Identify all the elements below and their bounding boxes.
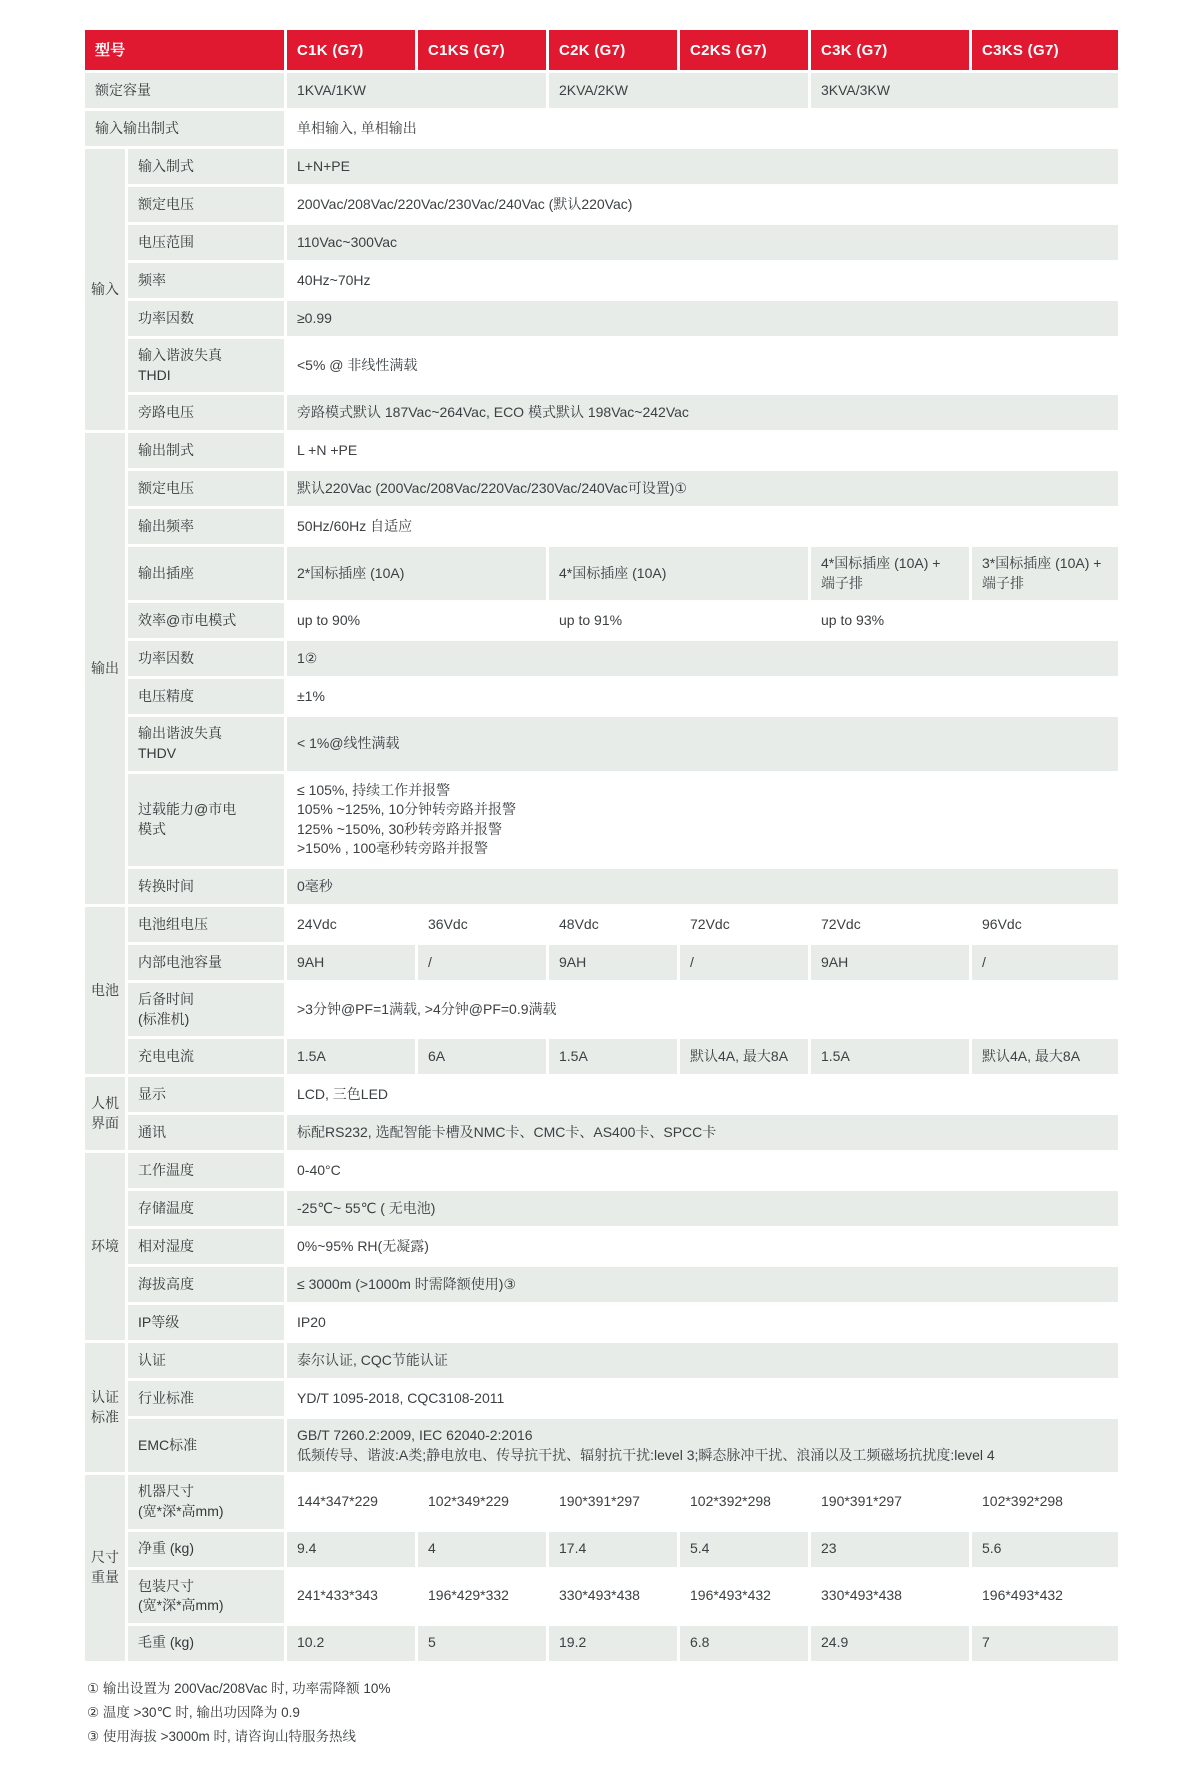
spec-value: 9AH	[811, 945, 969, 980]
spec-value: 2*国标插座 (10A)	[287, 547, 546, 600]
spec-value: ≥0.99	[287, 301, 1118, 336]
spec-value: up to 93%	[811, 603, 1118, 638]
spec-value: 5.4	[680, 1532, 808, 1567]
spec-value: 1.5A	[811, 1039, 969, 1074]
spec-value: 24Vdc	[287, 907, 415, 942]
spec-value: 2KVA/2KW	[549, 73, 808, 108]
group-label: 输出	[85, 433, 125, 904]
row-label: 存储温度	[128, 1191, 284, 1226]
spec-value: up to 90%	[287, 603, 546, 638]
spec-table: 型号C1K (G7)C1KS (G7)C2K (G7)C2KS (G7)C3K …	[85, 30, 1125, 1661]
spec-value: 9.4	[287, 1532, 415, 1567]
row-label: 转换时间	[128, 869, 284, 904]
spec-value: 4	[418, 1532, 546, 1567]
row-label: EMC标准	[128, 1419, 284, 1472]
spec-value: 6A	[418, 1039, 546, 1074]
spec-value: /	[972, 945, 1118, 980]
row-label: 额定电压	[128, 471, 284, 506]
spec-value: 48Vdc	[549, 907, 677, 942]
row-label: 内部电池容量	[128, 945, 284, 980]
spec-value: LCD, 三色LED	[287, 1077, 1118, 1112]
spec-value: 196*493*432	[972, 1570, 1118, 1623]
spec-value: 9AH	[549, 945, 677, 980]
model-header: C2KS (G7)	[680, 30, 808, 70]
spec-value: 1.5A	[287, 1039, 415, 1074]
row-label: 输出谐波失真 THDV	[128, 717, 284, 770]
spec-value: YD/T 1095-2018, CQC3108-2011	[287, 1381, 1118, 1416]
row-label: 输入制式	[128, 149, 284, 184]
spec-value: ≤ 3000m (>1000m 时需降额使用)③	[287, 1267, 1118, 1302]
spec-value: 1KVA/1KW	[287, 73, 546, 108]
spec-value: 102*392*298	[680, 1475, 808, 1528]
spec-value: 10.2	[287, 1626, 415, 1661]
spec-value: 标配RS232, 选配智能卡槽及NMC卡、CMC卡、AS400卡、SPCC卡	[287, 1115, 1118, 1150]
row-label: 海拔高度	[128, 1267, 284, 1302]
spec-value: L+N+PE	[287, 149, 1118, 184]
row-label: 额定容量	[85, 73, 284, 108]
spec-value: 9AH	[287, 945, 415, 980]
spec-value: 96Vdc	[972, 907, 1118, 942]
spec-value: 19.2	[549, 1626, 677, 1661]
row-label: IP等级	[128, 1305, 284, 1340]
spec-value: < 1%@线性满载	[287, 717, 1118, 770]
spec-value: 4*国标插座 (10A) + 端子排	[811, 547, 969, 600]
spec-value: 默认220Vac (200Vac/208Vac/220Vac/230Vac/24…	[287, 471, 1118, 506]
row-label: 行业标准	[128, 1381, 284, 1416]
group-label: 输入	[85, 149, 125, 430]
spec-value: 190*391*297	[549, 1475, 677, 1528]
spec-value: >3分钟@PF=1满载, >4分钟@PF=0.9满载	[287, 983, 1118, 1036]
row-label: 电池组电压	[128, 907, 284, 942]
spec-value: 0毫秒	[287, 869, 1118, 904]
spec-value: 110Vac~300Vac	[287, 225, 1118, 260]
spec-value: 196*493*432	[680, 1570, 808, 1623]
spec-value: 50Hz/60Hz 自适应	[287, 509, 1118, 544]
row-label: 旁路电压	[128, 395, 284, 430]
row-label: 包装尺寸 (宽*深*高mm)	[128, 1570, 284, 1623]
spec-value: 144*347*229	[287, 1475, 415, 1528]
model-header: C1K (G7)	[287, 30, 415, 70]
group-label: 认证 标准	[85, 1343, 125, 1472]
model-header: C1KS (G7)	[418, 30, 546, 70]
spec-value: 默认4A, 最大8A	[680, 1039, 808, 1074]
spec-value: 330*493*438	[811, 1570, 969, 1623]
table-header-model-label: 型号	[85, 30, 284, 70]
spec-value: 3KVA/3KW	[811, 73, 1118, 108]
row-label: 输出制式	[128, 433, 284, 468]
row-label: 电压精度	[128, 679, 284, 714]
spec-sheet: 型号C1K (G7)C1KS (G7)C2K (G7)C2KS (G7)C3K …	[0, 0, 1200, 1776]
spec-value: 200Vac/208Vac/220Vac/230Vac/240Vac (默认22…	[287, 187, 1118, 222]
row-label: 功率因数	[128, 641, 284, 676]
group-label: 环境	[85, 1153, 125, 1340]
row-label: 过载能力@市电 模式	[128, 774, 284, 866]
footnote-2: ② 温度 >30℃ 时, 输出功因降为 0.9	[87, 1701, 1200, 1725]
model-header: C3KS (G7)	[972, 30, 1118, 70]
row-label: 输入谐波失真 THDI	[128, 339, 284, 392]
spec-value: ±1%	[287, 679, 1118, 714]
spec-value: 23	[811, 1532, 969, 1567]
spec-value: 102*392*298	[972, 1475, 1118, 1528]
model-header: C3K (G7)	[811, 30, 969, 70]
row-label: 通讯	[128, 1115, 284, 1150]
footnote-3: ③ 使用海拔 >3000m 时, 请咨询山特服务热线	[87, 1725, 1200, 1749]
spec-value: up to 91%	[549, 603, 808, 638]
row-label: 显示	[128, 1077, 284, 1112]
spec-value: 72Vdc	[811, 907, 969, 942]
spec-value: 1.5A	[549, 1039, 677, 1074]
spec-value: 17.4	[549, 1532, 677, 1567]
row-label: 充电电流	[128, 1039, 284, 1074]
spec-value: 6.8	[680, 1626, 808, 1661]
row-label: 频率	[128, 263, 284, 298]
spec-value: 1②	[287, 641, 1118, 676]
row-label: 电压范围	[128, 225, 284, 260]
spec-value: 102*349*229	[418, 1475, 546, 1528]
group-label: 人机 界面	[85, 1077, 125, 1150]
spec-value: 24.9	[811, 1626, 969, 1661]
row-label: 净重 (kg)	[128, 1532, 284, 1567]
spec-value: L +N +PE	[287, 433, 1118, 468]
model-header: C2K (G7)	[549, 30, 677, 70]
spec-value: 泰尔认证, CQC节能认证	[287, 1343, 1118, 1378]
spec-value: 40Hz~70Hz	[287, 263, 1118, 298]
spec-value: 241*433*343	[287, 1570, 415, 1623]
row-label: 毛重 (kg)	[128, 1626, 284, 1661]
spec-value: IP20	[287, 1305, 1118, 1340]
spec-value: 330*493*438	[549, 1570, 677, 1623]
spec-value: 旁路模式默认 187Vac~264Vac, ECO 模式默认 198Vac~24…	[287, 395, 1118, 430]
spec-value: 0-40°C	[287, 1153, 1118, 1188]
row-label: 效率@市电模式	[128, 603, 284, 638]
spec-value: 3*国标插座 (10A) + 端子排	[972, 547, 1118, 600]
row-label: 输入输出制式	[85, 111, 284, 146]
group-label: 尺寸 重量	[85, 1475, 125, 1660]
spec-value: 单相输入, 单相输出	[287, 111, 1118, 146]
row-label: 输出插座	[128, 547, 284, 600]
row-label: 机器尺寸 (宽*深*高mm)	[128, 1475, 284, 1528]
spec-value: 5	[418, 1626, 546, 1661]
spec-value: 72Vdc	[680, 907, 808, 942]
row-label: 额定电压	[128, 187, 284, 222]
row-label: 功率因数	[128, 301, 284, 336]
row-label: 输出频率	[128, 509, 284, 544]
row-label: 相对湿度	[128, 1229, 284, 1264]
spec-value: /	[680, 945, 808, 980]
spec-value: 196*429*332	[418, 1570, 546, 1623]
spec-value: 7	[972, 1626, 1118, 1661]
spec-value: <5% @ 非线性满载	[287, 339, 1118, 392]
spec-value: ≤ 105%, 持续工作并报警 105% ~125%, 10分钟转旁路并报警 1…	[287, 774, 1118, 866]
row-label: 后备时间 (标准机)	[128, 983, 284, 1036]
footnotes: ① 输出设置为 200Vac/208Vac 时, 功率需降额 10% ② 温度 …	[87, 1677, 1200, 1750]
footnote-1: ① 输出设置为 200Vac/208Vac 时, 功率需降额 10%	[87, 1677, 1200, 1701]
spec-value: 5.6	[972, 1532, 1118, 1567]
row-label: 认证	[128, 1343, 284, 1378]
spec-value: GB/T 7260.2:2009, IEC 62040-2:2016 低频传导、…	[287, 1419, 1118, 1472]
spec-value: -25℃~ 55℃ ( 无电池)	[287, 1191, 1118, 1226]
spec-value: /	[418, 945, 546, 980]
spec-value: 36Vdc	[418, 907, 546, 942]
spec-value: 0%~95% RH(无凝露)	[287, 1229, 1118, 1264]
row-label: 工作温度	[128, 1153, 284, 1188]
spec-value: 190*391*297	[811, 1475, 969, 1528]
group-label: 电池	[85, 907, 125, 1074]
spec-value: 4*国标插座 (10A)	[549, 547, 808, 600]
spec-value: 默认4A, 最大8A	[972, 1039, 1118, 1074]
